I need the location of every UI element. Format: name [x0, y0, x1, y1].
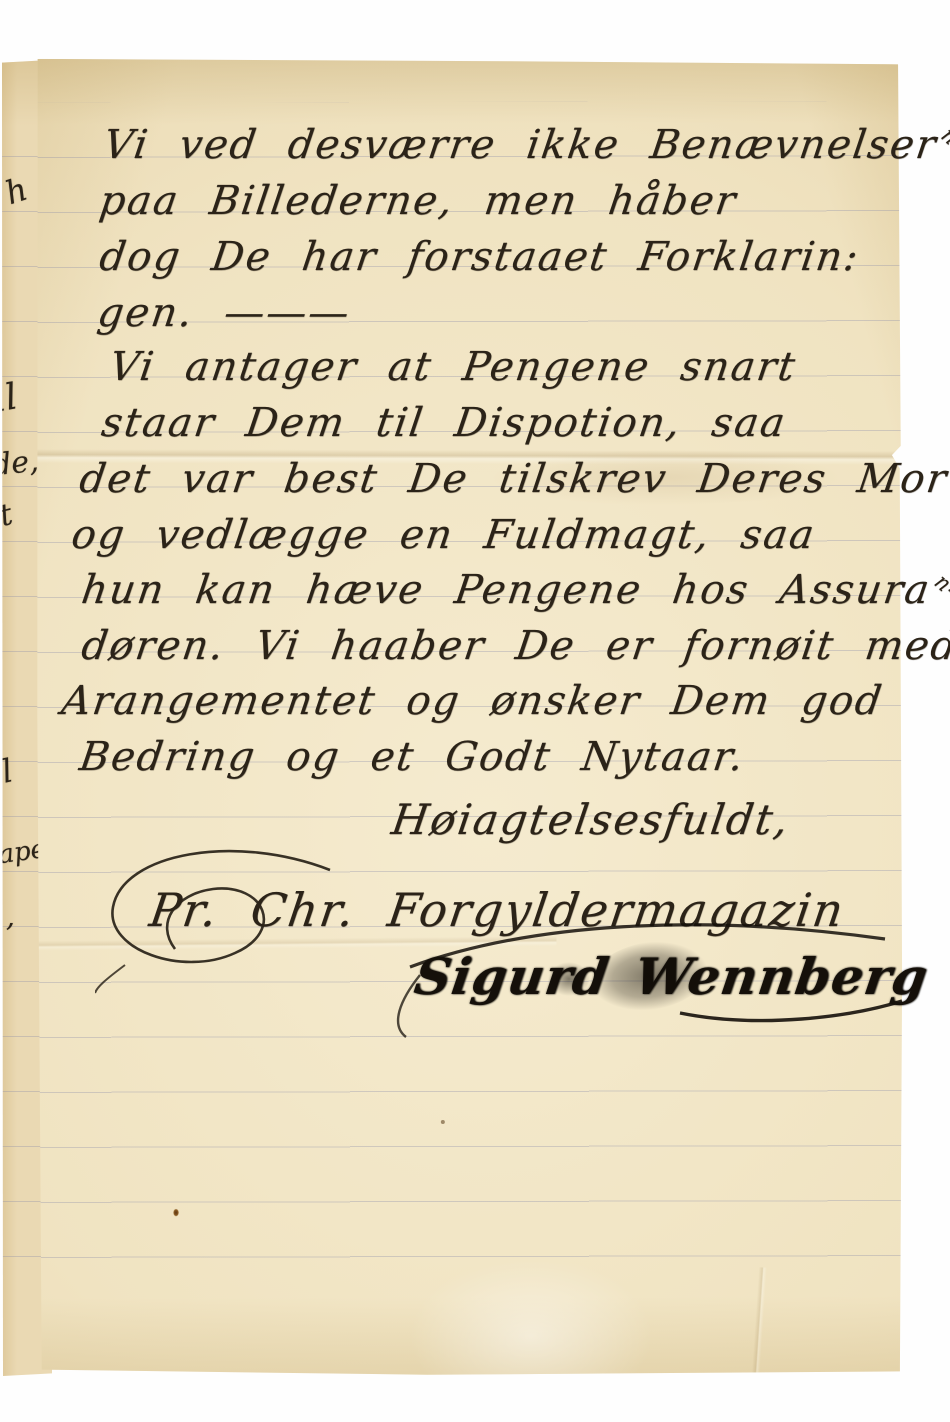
letter-line: døren. Vi haaber De er fornøit med — [79, 623, 950, 669]
paper-speck — [441, 1120, 445, 1124]
company-procura-line: Pr. Chr. Forgyldermagazin — [146, 884, 848, 937]
letter-line: hun kan hæve Pengene hos Assuran- — [79, 567, 950, 613]
letter-line: dog De har forstaaet Forklarin: — [97, 234, 866, 280]
letter-line: Vi ved desværre ikke Benævnelserne — [101, 122, 950, 168]
letter-line: staar Dem til Dispotion, saa — [99, 400, 793, 446]
letter-line: gen. ——— — [95, 290, 357, 336]
letter-line: Vi antager at Pengene snart — [107, 344, 803, 390]
line-text: Vi ved desværre ikke Benævnelser — [101, 122, 941, 168]
closing-salutation: Høiagtelsesfuldt, — [389, 796, 793, 844]
letter-line: og vedlægge en Fuldmagt, saa — [69, 512, 822, 558]
line-text: staar Dem til Dispotion, saa — [99, 400, 790, 446]
letter-line: Bedring og et Godt Nytaar. — [77, 734, 751, 780]
margin-text-fragment: , — [6, 900, 15, 933]
letter-line: paa Billederne, men håber — [97, 178, 743, 224]
line-text: dog De har forstaaet Forklarin: — [97, 234, 863, 280]
letter-line: Arangementet og ønsker Dem god — [59, 678, 889, 724]
fold-crease-vertical — [752, 1267, 767, 1375]
scanned-letter-page: h ll de, t l rape , Vi ved desværre ikke… — [0, 0, 950, 1422]
line-text: hun kan hæve Pengene hos Assura — [79, 567, 934, 613]
line-text: Vi antager at Pengene snart — [107, 344, 800, 390]
line-text: paa Billederne, men håber — [97, 178, 740, 224]
line-text: gen. ——— — [95, 290, 354, 336]
line-text: Bedring og et Godt Nytaar. — [77, 734, 748, 780]
line-text: og vedlægge en Fuldmagt, saa — [69, 512, 819, 558]
margin-text-fragment: de, — [2, 444, 40, 484]
ink-blot-small — [548, 962, 590, 996]
line-text: døren. Vi haaber De er fornøit med — [79, 623, 950, 669]
line-text: det var best De tilskrev Deres Mor — [77, 456, 950, 502]
line-text: Arangementet og ønsker Dem god — [59, 678, 886, 724]
letter-line: det var best De tilskrev Deres Mor — [77, 456, 950, 502]
